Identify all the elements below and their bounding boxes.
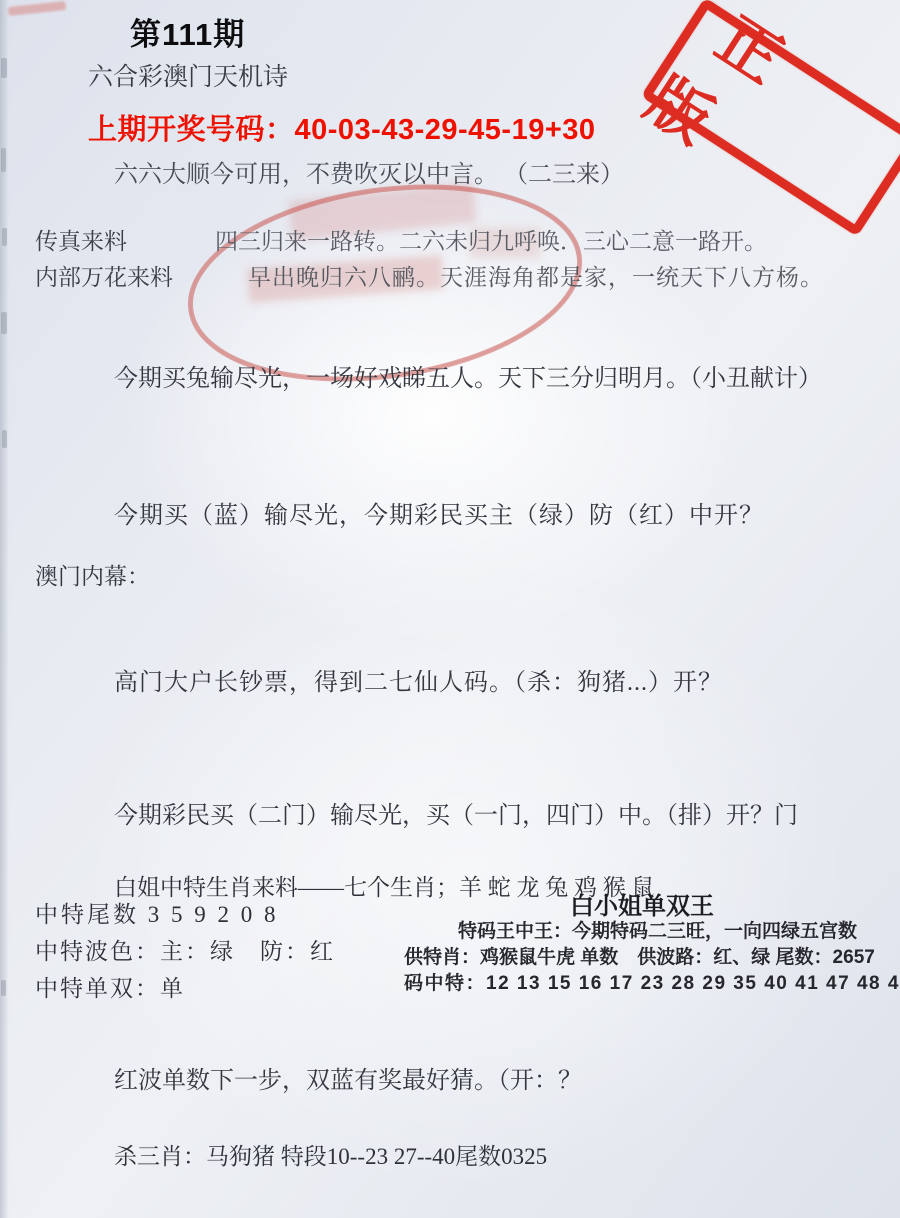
verse-red-wave: 红波单数下一步，双蓝有奖最好猜。（开：？ <box>114 1066 582 1096</box>
macau-insider-label: 澳门内幕： <box>35 563 150 592</box>
zodiac-supply-line: 供特肖：鸡猴鼠牛虎 单数 供波路：红、绿 尾数：2657 <box>404 946 875 970</box>
scan-edge-strip <box>0 0 9 1218</box>
scan-artifact <box>2 228 7 246</box>
scan-artifact-red <box>8 1 67 16</box>
scan-artifact <box>1 58 7 78</box>
odd-even-line: 中特单双：单 <box>35 975 185 1004</box>
internal-material-verse: 早出晚归六八鹂。天涯海角都是家，一统天下八方杨。 <box>248 264 824 293</box>
fax-sheet-page: 正 版 第111期 六合彩澳门天机诗 上期开奖号码：40-03-43-29-45… <box>0 0 900 1218</box>
verse-top: 六六大顺今可用，不费吹灭以中言。 （二三来） <box>114 160 624 190</box>
scan-artifact <box>1 980 6 996</box>
special-code-king-line: 特码王中王：今期特码二三旺，一向四绿五宫数 <box>458 920 857 944</box>
issue-title: 第111期 <box>130 16 245 55</box>
internal-material-label: 内部万花来料 <box>35 264 173 293</box>
scan-artifact <box>1 148 6 172</box>
verse-rabbit: 今期买兔输尽光，一场好戏睇五人。天下三分归明月。（小丑献计） <box>114 364 822 394</box>
scan-artifact <box>2 430 7 448</box>
scan-artifact <box>1 312 7 334</box>
round-seal-watermark <box>140 150 680 440</box>
verse-blue: 今期买（蓝）输尽光，今期彩民买主（绿）防（红）中开？ <box>114 501 764 531</box>
verse-doors: 今期彩民买（二门）输尽光，买（一门，四门）中。（排）开？门 <box>114 801 798 831</box>
fax-material-verse: 四三归来一路转。二六未归九呼唤．三心二意一路开。 <box>215 228 767 257</box>
wave-color-line: 中特波色：主：绿 防：红 <box>35 938 335 967</box>
special-numbers-line: 码中特：12 13 15 16 17 23 28 29 35 40 41 47 … <box>404 972 900 996</box>
authenticity-stamp: 正 版 <box>641 0 900 237</box>
tail-numbers-line: 中特尾数 3 5 9 2 0 8 <box>35 901 279 930</box>
kill-three-zodiac-line: 杀三肖：马狗猪 特段10--23 27--40尾数0325 <box>114 1143 547 1172</box>
verse-mansion: 高门大户长钞票，得到二七仙人码。（杀：狗猪...）开？ <box>114 668 723 698</box>
fax-material-label: 传真来料 <box>35 228 127 257</box>
last-draw-numbers: 上期开奖号码：40-03-43-29-45-19+30 <box>88 112 596 148</box>
page-subtitle: 六合彩澳门天机诗 <box>88 62 288 93</box>
lady-luck-title: 白小姐单双王 <box>570 892 714 922</box>
authenticity-stamp-label: 正 版 <box>632 0 900 257</box>
